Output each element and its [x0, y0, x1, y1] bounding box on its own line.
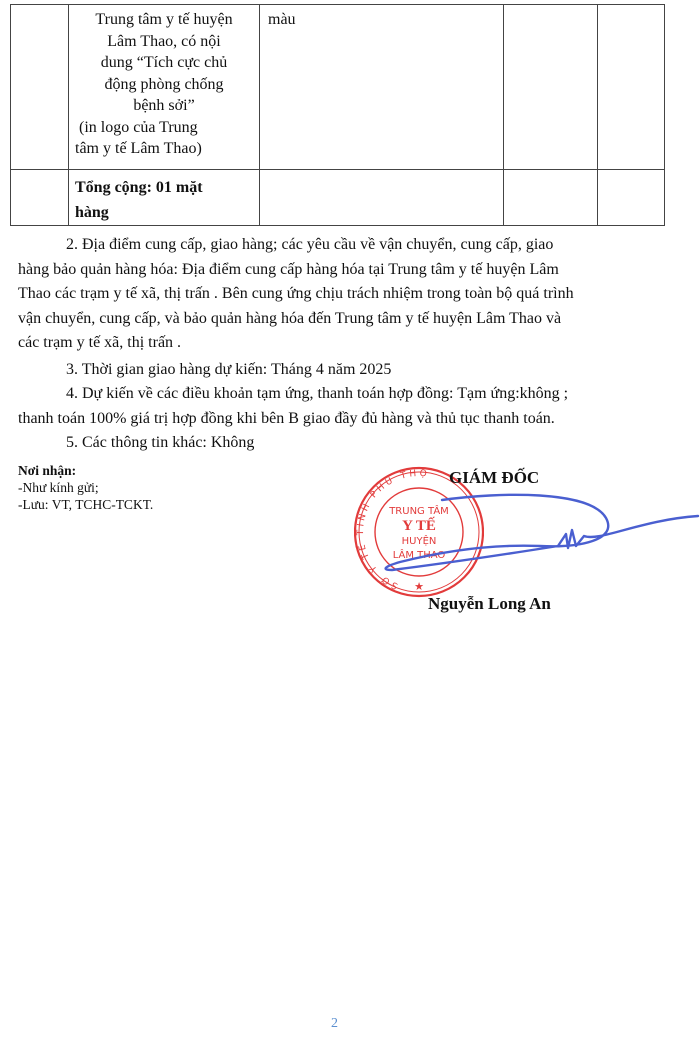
desc-line: (in logo của Trung	[75, 117, 253, 139]
section-payment-terms-line1: 4. Dự kiến về các điều khoản tạm ứng, th…	[18, 382, 568, 406]
recipient-item: -Như kính gửi;	[18, 479, 153, 496]
paragraph-line: vận chuyển, cung cấp, và bảo quản hàng h…	[18, 307, 658, 332]
star-icon: ★	[414, 581, 424, 593]
paragraph-line: Thao các trạm y tế xã, thị trấn . Bên cu…	[18, 282, 658, 307]
signer-name: Nguyễn Long An	[428, 594, 551, 614]
cell-quantity	[504, 5, 598, 170]
total-line: Tổng cộng: 01 mặt	[75, 175, 259, 200]
handwritten-signature	[380, 490, 700, 580]
section-delivery-location: 2. Địa điểm cung cấp, giao hàng; các yêu…	[18, 233, 658, 356]
table-row-total: Tổng cộng: 01 mặt hàng	[11, 170, 665, 226]
cell-quantity	[504, 170, 598, 226]
paragraph-line: hàng bảo quản hàng hóa: Địa điểm cung cấ…	[18, 258, 658, 283]
desc-line: Trung tâm y tế huyện	[75, 9, 253, 31]
desc-line: động phòng chống	[75, 74, 253, 96]
cell-note	[598, 5, 665, 170]
signer-title: GIÁM ĐỐC	[449, 468, 539, 488]
paragraph-line: 2. Địa điểm cung cấp, giao hàng; các yêu…	[18, 233, 658, 258]
table-row: Trung tâm y tế huyện Lâm Thao, có nội du…	[11, 5, 665, 170]
cell-index	[11, 5, 69, 170]
cell-index	[11, 170, 69, 226]
cell-unit: màu	[260, 5, 504, 170]
cell-note	[598, 170, 665, 226]
recipient-item: -Lưu: VT, TCHC-TCKT.	[18, 496, 153, 513]
desc-line: bệnh sởi”	[75, 95, 253, 117]
desc-line: tâm y tế Lâm Thao)	[75, 138, 253, 160]
section-delivery-time: 3. Thời gian giao hàng dự kiến: Tháng 4 …	[18, 358, 391, 382]
paragraph-line: các trạm y tế xã, thị trấn .	[18, 331, 658, 356]
recipients-block: Nơi nhận: -Như kính gửi; -Lưu: VT, TCHC-…	[18, 462, 153, 513]
total-line: hàng	[75, 200, 259, 225]
recipients-heading: Nơi nhận:	[18, 462, 153, 479]
cell-total-label: Tổng cộng: 01 mặt hàng	[69, 170, 260, 226]
cell-unit	[260, 170, 504, 226]
items-table: Trung tâm y tế huyện Lâm Thao, có nội du…	[10, 4, 665, 226]
page-number: 2	[331, 1016, 338, 1032]
section-payment-terms-line2: thanh toán 100% giá trị hợp đồng khi bên…	[18, 407, 555, 431]
desc-line: dung “Tích cực chủ	[75, 52, 253, 74]
desc-line: Lâm Thao, có nội	[75, 31, 253, 53]
cell-description: Trung tâm y tế huyện Lâm Thao, có nội du…	[69, 5, 260, 170]
section-other-info: 5. Các thông tin khác: Không	[18, 431, 254, 455]
